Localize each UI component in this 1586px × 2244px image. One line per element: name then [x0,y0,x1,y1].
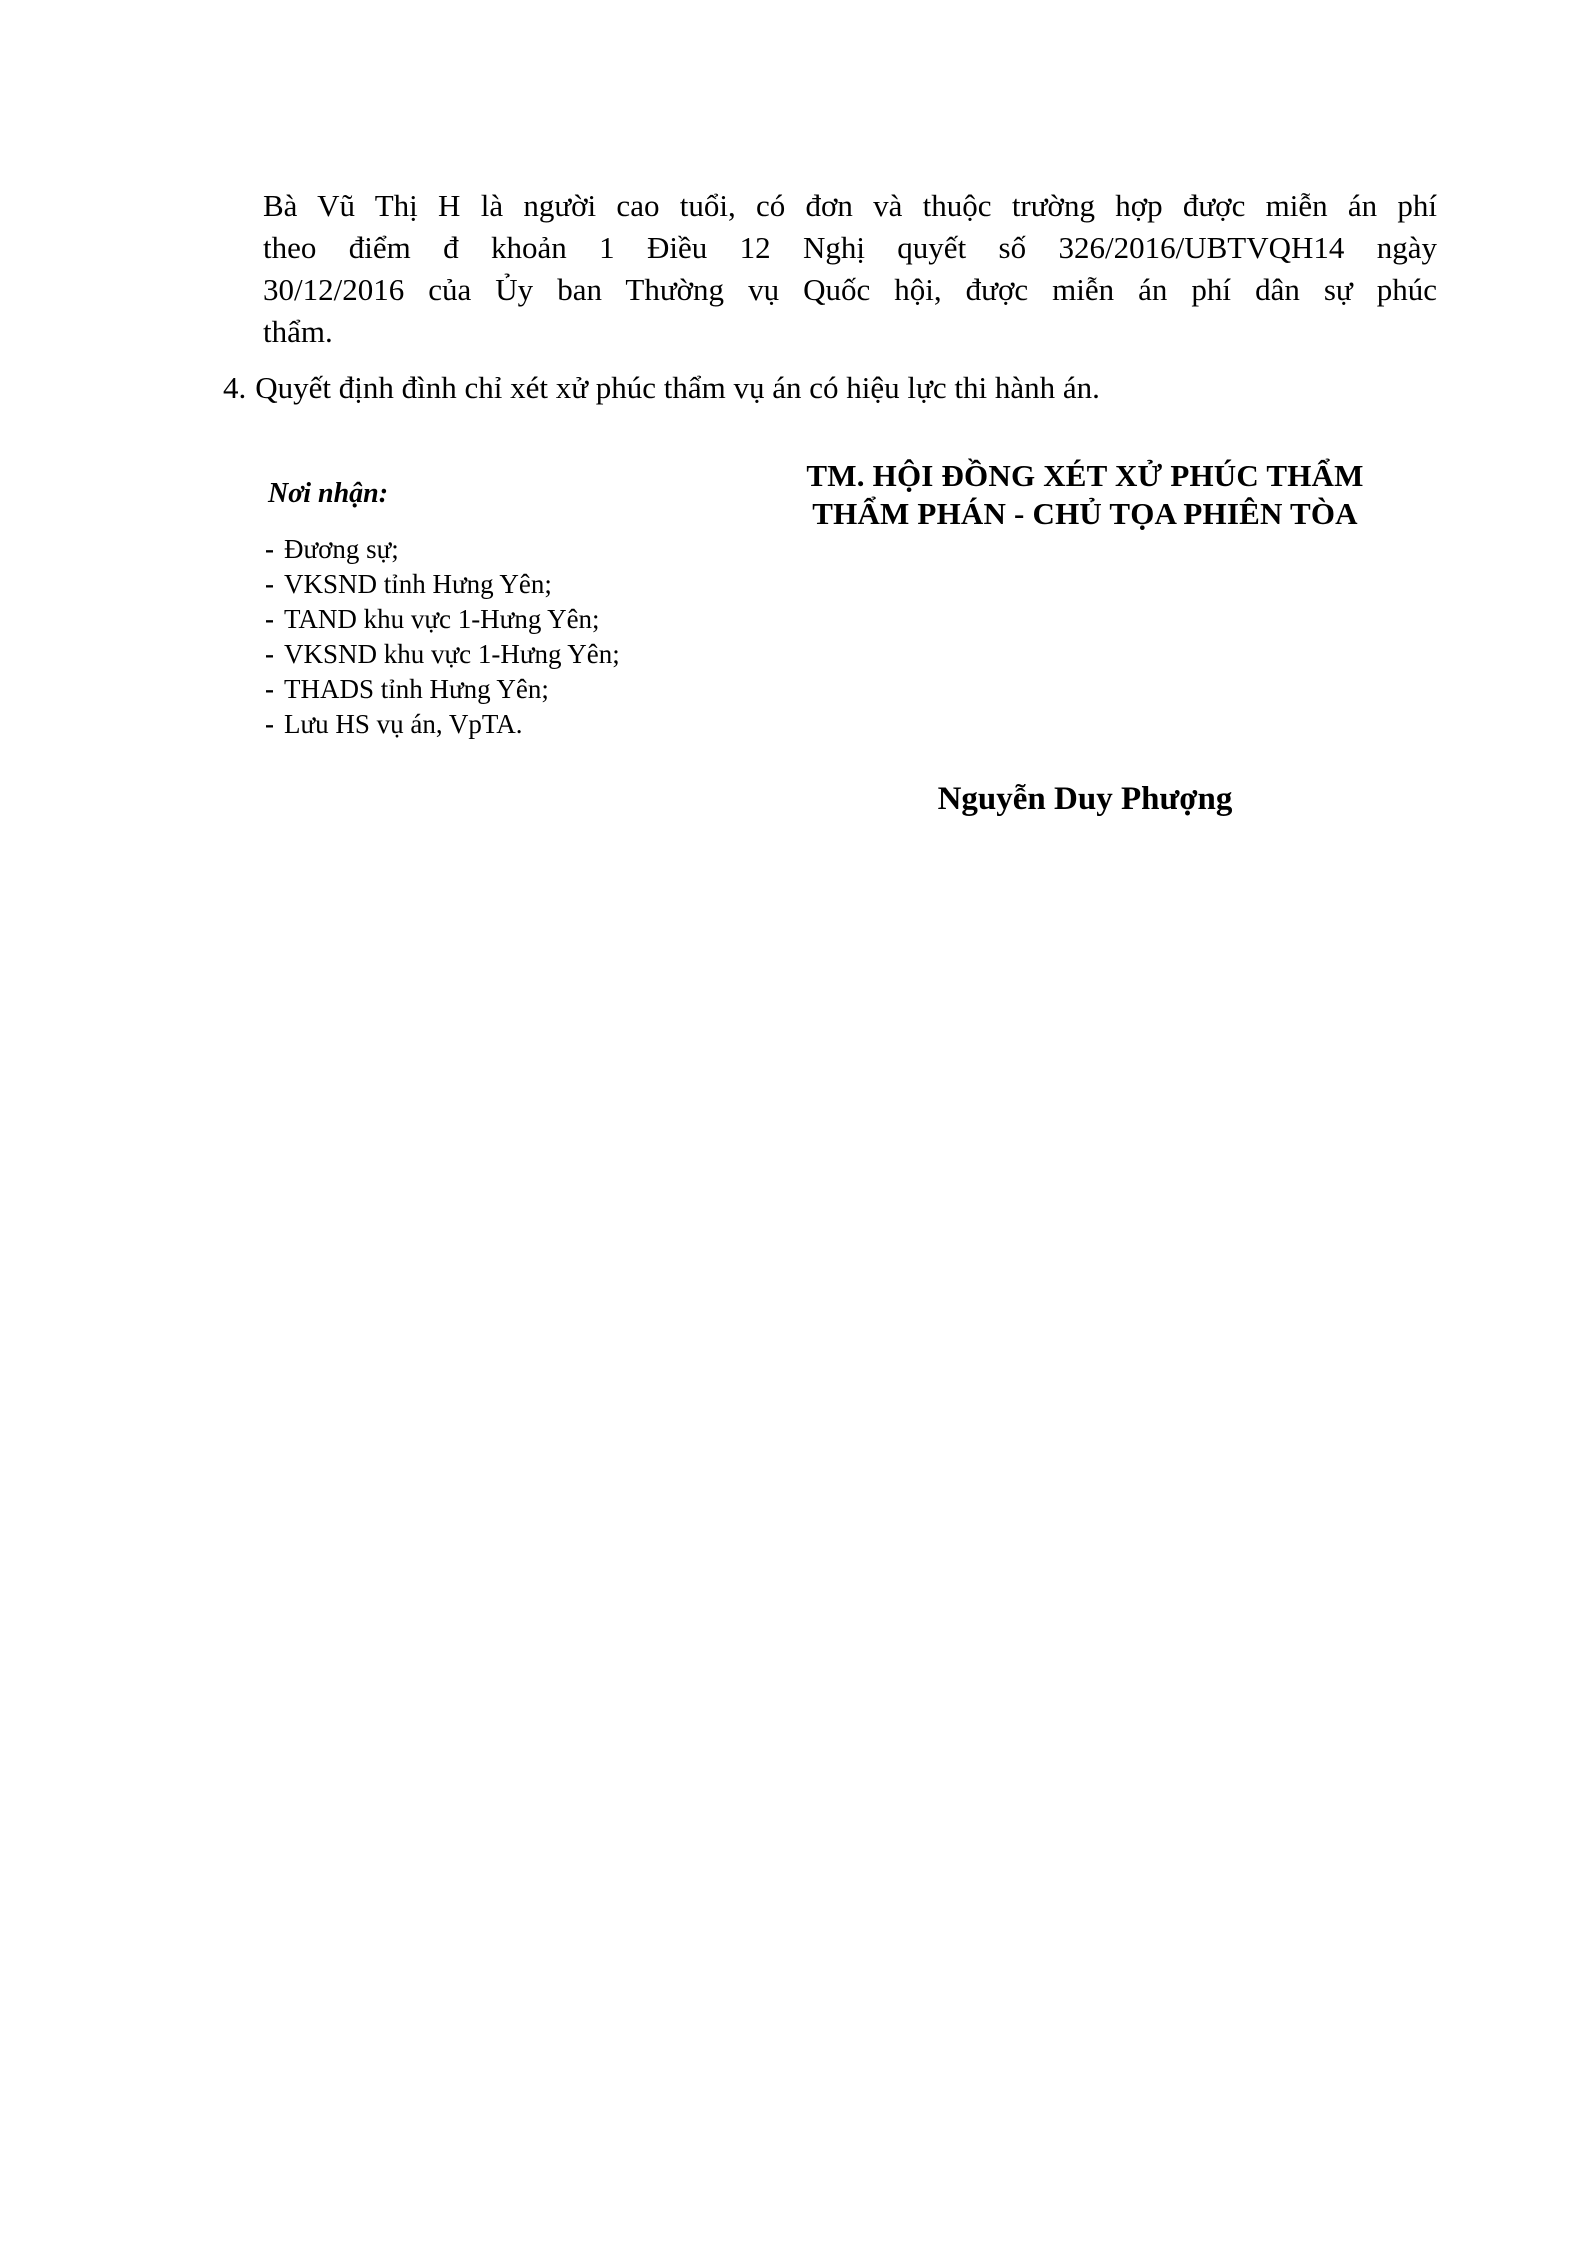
dash-bullet: - [265,604,274,634]
recipient-item-luu-hs: -Lưu HS vụ án, VpTA. [265,707,620,742]
paragraph-line-3: 30/12/2016 của Ủy ban Thường vụ Quốc hội… [263,269,1437,311]
decision-item-4: 4.Quyết định đình chỉ xét xử phúc thẩm v… [223,367,1463,409]
fee-exemption-paragraph: Bà Vũ Thị H là người cao tuổi, có đơn và… [263,185,1437,353]
dash-bullet: - [265,709,274,739]
recipient-item-tand-khu-vuc: -TAND khu vực 1-Hưng Yên; [265,602,620,637]
dash-bullet: - [265,639,274,669]
signature-authority-block: TM. HỘI ĐỒNG XÉT XỬ PHÚC THẨM THẨM PHÁN … [740,457,1430,533]
decision-item-4-text: Quyết định đình chỉ xét xử phúc thẩm vụ … [255,370,1100,405]
dash-bullet: - [265,534,274,564]
recipient-item-duong-su: -Đương sự; [265,532,620,567]
recipients-label: Nơi nhận: [268,476,388,512]
signature-authority-line-1: TM. HỘI ĐỒNG XÉT XỬ PHÚC THẨM [740,457,1430,495]
signature-authority-line-2: THẨM PHÁN - CHỦ TỌA PHIÊN TÒA [740,495,1430,533]
recipient-item-vksnd-khu-vuc: -VKSND khu vực 1-Hưng Yên; [265,637,620,672]
decision-item-4-number: 4. [223,370,246,405]
paragraph-line-1: Bà Vũ Thị H là người cao tuổi, có đơn và… [263,185,1437,227]
recipient-item-thads: -THADS tỉnh Hưng Yên; [265,672,620,707]
recipient-text: VKSND tỉnh Hưng Yên; [284,569,552,599]
paragraph-line-4: thẩm. [263,311,1437,353]
recipient-text: Đương sự; [284,534,399,564]
recipient-item-vksnd-tinh: -VKSND tỉnh Hưng Yên; [265,567,620,602]
signer-name: Nguyễn Duy Phượng [740,779,1430,819]
dash-bullet: - [265,674,274,704]
recipient-text: THADS tỉnh Hưng Yên; [284,674,549,704]
dash-bullet: - [265,569,274,599]
recipient-text: Lưu HS vụ án, VpTA. [284,709,522,739]
paragraph-line-2: theo điểm đ khoản 1 Điều 12 Nghị quyết s… [263,227,1437,269]
recipient-text: VKSND khu vực 1-Hưng Yên; [284,639,620,669]
court-decision-page: Bà Vũ Thị H là người cao tuổi, có đơn và… [0,0,1586,2244]
recipients-list: -Đương sự; -VKSND tỉnh Hưng Yên; -TAND k… [265,532,620,742]
recipient-text: TAND khu vực 1-Hưng Yên; [284,604,600,634]
